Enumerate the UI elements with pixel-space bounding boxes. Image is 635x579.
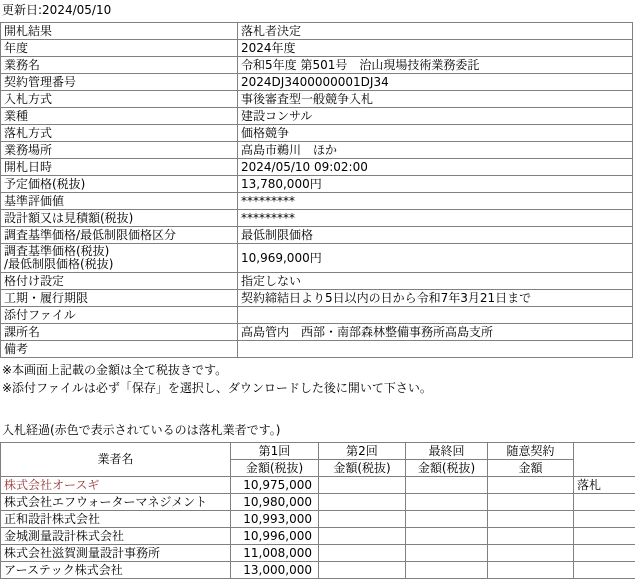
- round2-amount: [319, 511, 406, 528]
- final-amount: [406, 545, 488, 562]
- bid-history-table: 業者名 第1回 第2回 最終回 随意契約 金額(税抜) 金額(税抜) 金額(税抜…: [0, 442, 635, 579]
- info-label-standard-evaluation: 基準評価値: [1, 193, 238, 210]
- award-result: [574, 545, 635, 562]
- bidder-name: 正和設計株式会社: [1, 511, 231, 528]
- round2-amount: [319, 562, 406, 579]
- final-amount: [406, 477, 488, 494]
- info-row: 開札結果 落札者決定: [1, 23, 633, 40]
- round1-amount-header: 金額(税抜): [231, 460, 319, 477]
- info-row: 基準評価値 *********: [1, 193, 633, 210]
- info-value-industry: 建設コンサル: [238, 108, 633, 125]
- round2-amount: [319, 494, 406, 511]
- final-amount: [406, 528, 488, 545]
- info-row: 添付ファイル: [1, 307, 633, 324]
- info-row: 業務名 令和5年度 第501号 治山現場技術業務委託: [1, 57, 633, 74]
- tax-note: ※本画面上記載の金額は全て税抜きです。: [2, 363, 635, 378]
- award-result: [574, 528, 635, 545]
- info-value-contract-number: 2024DJ3400000001DJ34: [238, 74, 633, 91]
- info-label-award-method: 落札方式: [1, 125, 238, 142]
- info-value-opening-result: 落札者決定: [238, 23, 633, 40]
- round1-amount: 13,000,000: [231, 562, 319, 579]
- bidder-name: 金城測量設計株式会社: [1, 528, 231, 545]
- info-value-fiscal-year: 2024年度: [238, 40, 633, 57]
- negotiated-contract-header: 随意契約: [488, 443, 574, 460]
- info-label-contract-number: 契約管理番号: [1, 74, 238, 91]
- bid-row: 正和設計株式会社 10,993,000: [1, 511, 635, 528]
- bid-row: 株式会社オースギ 10,975,000 落札: [1, 477, 635, 494]
- info-row: 入札方式 事後審査型一般競争入札: [1, 91, 633, 108]
- info-row: 契約管理番号 2024DJ3400000001DJ34: [1, 74, 633, 91]
- info-value-attachment: [238, 307, 633, 324]
- info-label-work-location: 業務場所: [1, 142, 238, 159]
- bidder-name: アーステック株式会社: [1, 562, 231, 579]
- award-result: [574, 494, 635, 511]
- result-column-header: [574, 443, 635, 477]
- info-value-bid-method: 事後審査型一般競争入札: [238, 91, 633, 108]
- info-value-remarks: [238, 341, 633, 358]
- info-value-price-category: 最低制限価格: [238, 227, 633, 244]
- info-label-attachment: 添付ファイル: [1, 307, 238, 324]
- info-value-work-location: 高島市鵜川 ほか: [238, 142, 633, 159]
- info-row: 業務場所 高島市鵜川 ほか: [1, 142, 633, 159]
- info-label-opening-datetime: 開札日時: [1, 159, 238, 176]
- info-value-work-period: 契約締結日より5日以内の日から令和7年3月21日まで: [238, 290, 633, 307]
- round2-amount: [319, 545, 406, 562]
- round2-amount: [319, 528, 406, 545]
- update-date: 更新日:2024/05/10: [2, 3, 635, 18]
- info-value-standard-evaluation: *********: [238, 193, 633, 210]
- info-label-planned-price: 予定価格(税抜): [1, 176, 238, 193]
- info-value-work-name: 令和5年度 第501号 治山現場技術業務委託: [238, 57, 633, 74]
- info-label-rating-setting: 格付け設定: [1, 273, 238, 290]
- info-value-rating-setting: 指定しない: [238, 273, 633, 290]
- info-row: 工期・履行期限 契約締結日より5日以内の日から令和7年3月21日まで: [1, 290, 633, 307]
- info-value-minimum-price: 10,969,000円: [238, 244, 633, 273]
- round1-amount: 10,996,000: [231, 528, 319, 545]
- info-label-industry: 業種: [1, 108, 238, 125]
- round2-amount: [319, 477, 406, 494]
- negotiated-amount: [488, 562, 574, 579]
- award-result: [574, 562, 635, 579]
- info-row: 年度 2024年度: [1, 40, 633, 57]
- attachment-note: ※添付ファイルは必ず「保存」を選択し、ダウンロードした後に開いて下さい。: [2, 381, 635, 396]
- negotiated-amount: [488, 528, 574, 545]
- info-value-opening-datetime: 2024/05/10 09:02:00: [238, 159, 633, 176]
- info-value-office-name: 高島管内 西部・南部森林整備事務所高島支所: [238, 324, 633, 341]
- round1-amount: 10,975,000: [231, 477, 319, 494]
- info-label-fiscal-year: 年度: [1, 40, 238, 57]
- info-value-award-method: 価格競争: [238, 125, 633, 142]
- final-amount: [406, 511, 488, 528]
- round1-amount: 10,980,000: [231, 494, 319, 511]
- info-row: 業種 建設コンサル: [1, 108, 633, 125]
- bidder-name: 株式会社エフウォーターマネジメント: [1, 494, 231, 511]
- info-label-work-period: 工期・履行期限: [1, 290, 238, 307]
- info-label-bid-method: 入札方式: [1, 91, 238, 108]
- info-value-planned-price: 13,780,000円: [238, 176, 633, 193]
- bid-header-row-1: 業者名 第1回 第2回 最終回 随意契約: [1, 443, 635, 460]
- award-result: [574, 511, 635, 528]
- final-amount: [406, 562, 488, 579]
- round2-header: 第2回: [319, 443, 406, 460]
- bid-row: 株式会社滋賀測量設計事務所 11,008,000: [1, 545, 635, 562]
- info-row: 課所名 高島管内 西部・南部森林整備事務所高島支所: [1, 324, 633, 341]
- negotiated-amount: [488, 511, 574, 528]
- award-result: 落札: [574, 477, 635, 494]
- bid-row: 金城測量設計株式会社 10,996,000: [1, 528, 635, 545]
- bid-row: アーステック株式会社 13,000,000: [1, 562, 635, 579]
- info-row: 格付け設定 指定しない: [1, 273, 633, 290]
- info-row: 予定価格(税抜) 13,780,000円: [1, 176, 633, 193]
- round1-header: 第1回: [231, 443, 319, 460]
- bid-info-table: 開札結果 落札者決定 年度 2024年度 業務名 令和5年度 第501号 治山現…: [0, 22, 633, 358]
- bid-history-title: 入札経過(赤色で表示されているのは落札業者です。): [2, 423, 635, 438]
- bidder-name: 株式会社滋賀測量設計事務所: [1, 545, 231, 562]
- bidder-name-header: 業者名: [1, 443, 231, 477]
- info-row: 開札日時 2024/05/10 09:02:00: [1, 159, 633, 176]
- info-row: 調査基準価格/最低制限価格区分 最低制限価格: [1, 227, 633, 244]
- negotiated-amount-header: 金額: [488, 460, 574, 477]
- info-value-design-amount: *********: [238, 210, 633, 227]
- round2-amount-header: 金額(税抜): [319, 460, 406, 477]
- info-row: 落札方式 価格競争: [1, 125, 633, 142]
- negotiated-amount: [488, 545, 574, 562]
- info-row: 設計額又は見積額(税抜) *********: [1, 210, 633, 227]
- negotiated-amount: [488, 494, 574, 511]
- round1-amount: 10,993,000: [231, 511, 319, 528]
- info-label-opening-result: 開札結果: [1, 23, 238, 40]
- info-row: 備考: [1, 341, 633, 358]
- info-label-office-name: 課所名: [1, 324, 238, 341]
- final-round-header: 最終回: [406, 443, 488, 460]
- bidder-name-winner: 株式会社オースギ: [1, 477, 231, 494]
- negotiated-amount: [488, 477, 574, 494]
- final-amount: [406, 494, 488, 511]
- info-label-price-category: 調査基準価格/最低制限価格区分: [1, 227, 238, 244]
- final-amount-header: 金額(税抜): [406, 460, 488, 477]
- info-row: 調査基準価格(税抜) /最低制限価格(税抜) 10,969,000円: [1, 244, 633, 273]
- info-label-minimum-price: 調査基準価格(税抜) /最低制限価格(税抜): [1, 244, 238, 273]
- bid-row: 株式会社エフウォーターマネジメント 10,980,000: [1, 494, 635, 511]
- info-label-remarks: 備考: [1, 341, 238, 358]
- round1-amount: 11,008,000: [231, 545, 319, 562]
- info-label-work-name: 業務名: [1, 57, 238, 74]
- info-label-design-amount: 設計額又は見積額(税抜): [1, 210, 238, 227]
